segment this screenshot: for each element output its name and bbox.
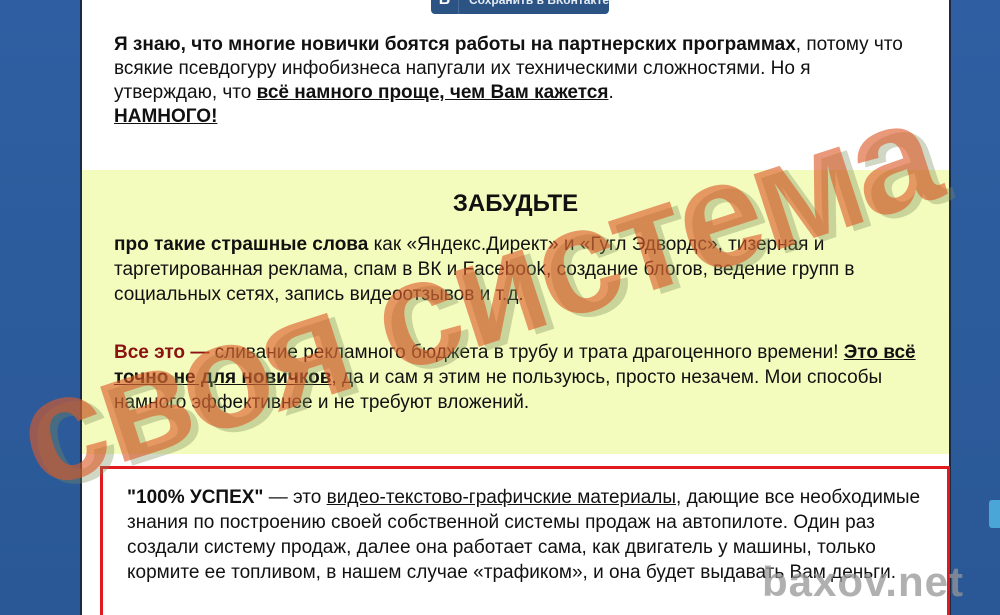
success-bold: "100% УСПЕХ" — [127, 487, 263, 508]
intro-underlined: всё намного проще, чем Вам кажется — [257, 82, 609, 103]
p2-red: Все это — — [114, 342, 209, 363]
intro-bold: Я знаю, что многие новички боятся работы… — [114, 34, 796, 55]
forget-title: ЗАБУДЬТЕ — [82, 190, 949, 218]
success-text: "100% УСПЕХ" — это видео-текстово-графич… — [127, 485, 937, 585]
vk-share-label: Сохранить в ВКонтакте — [459, 0, 609, 7]
p2-text1: сливание рекламного бюджета в трубу и тр… — [209, 342, 843, 363]
vk-share-button[interactable]: В Сохранить в ВКонтакте — [431, 0, 609, 14]
intro-emphasis: НАМНОГО! — [114, 106, 217, 127]
forget-section: ЗАБУДЬТЕ про такие страшные слова как «Я… — [82, 170, 949, 454]
forget-paragraph-2: Все это — сливание рекламного бюджета в … — [114, 340, 924, 415]
intro-period: . — [608, 82, 613, 103]
forget-paragraph-1: про такие страшные слова как «Яндекс.Дир… — [114, 232, 924, 307]
success-underlined: видео-текстово-графичские материалы — [327, 487, 676, 508]
vk-icon: В — [431, 0, 459, 14]
p1-bold: про такие страшные слова — [114, 234, 368, 255]
success-text1: — это — [263, 487, 326, 508]
intro-paragraph: Я знаю, что многие новички боятся работы… — [114, 33, 914, 129]
side-widget-button[interactable] — [989, 500, 1000, 528]
success-box: "100% УСПЕХ" — это видео-текстово-графич… — [100, 466, 950, 615]
